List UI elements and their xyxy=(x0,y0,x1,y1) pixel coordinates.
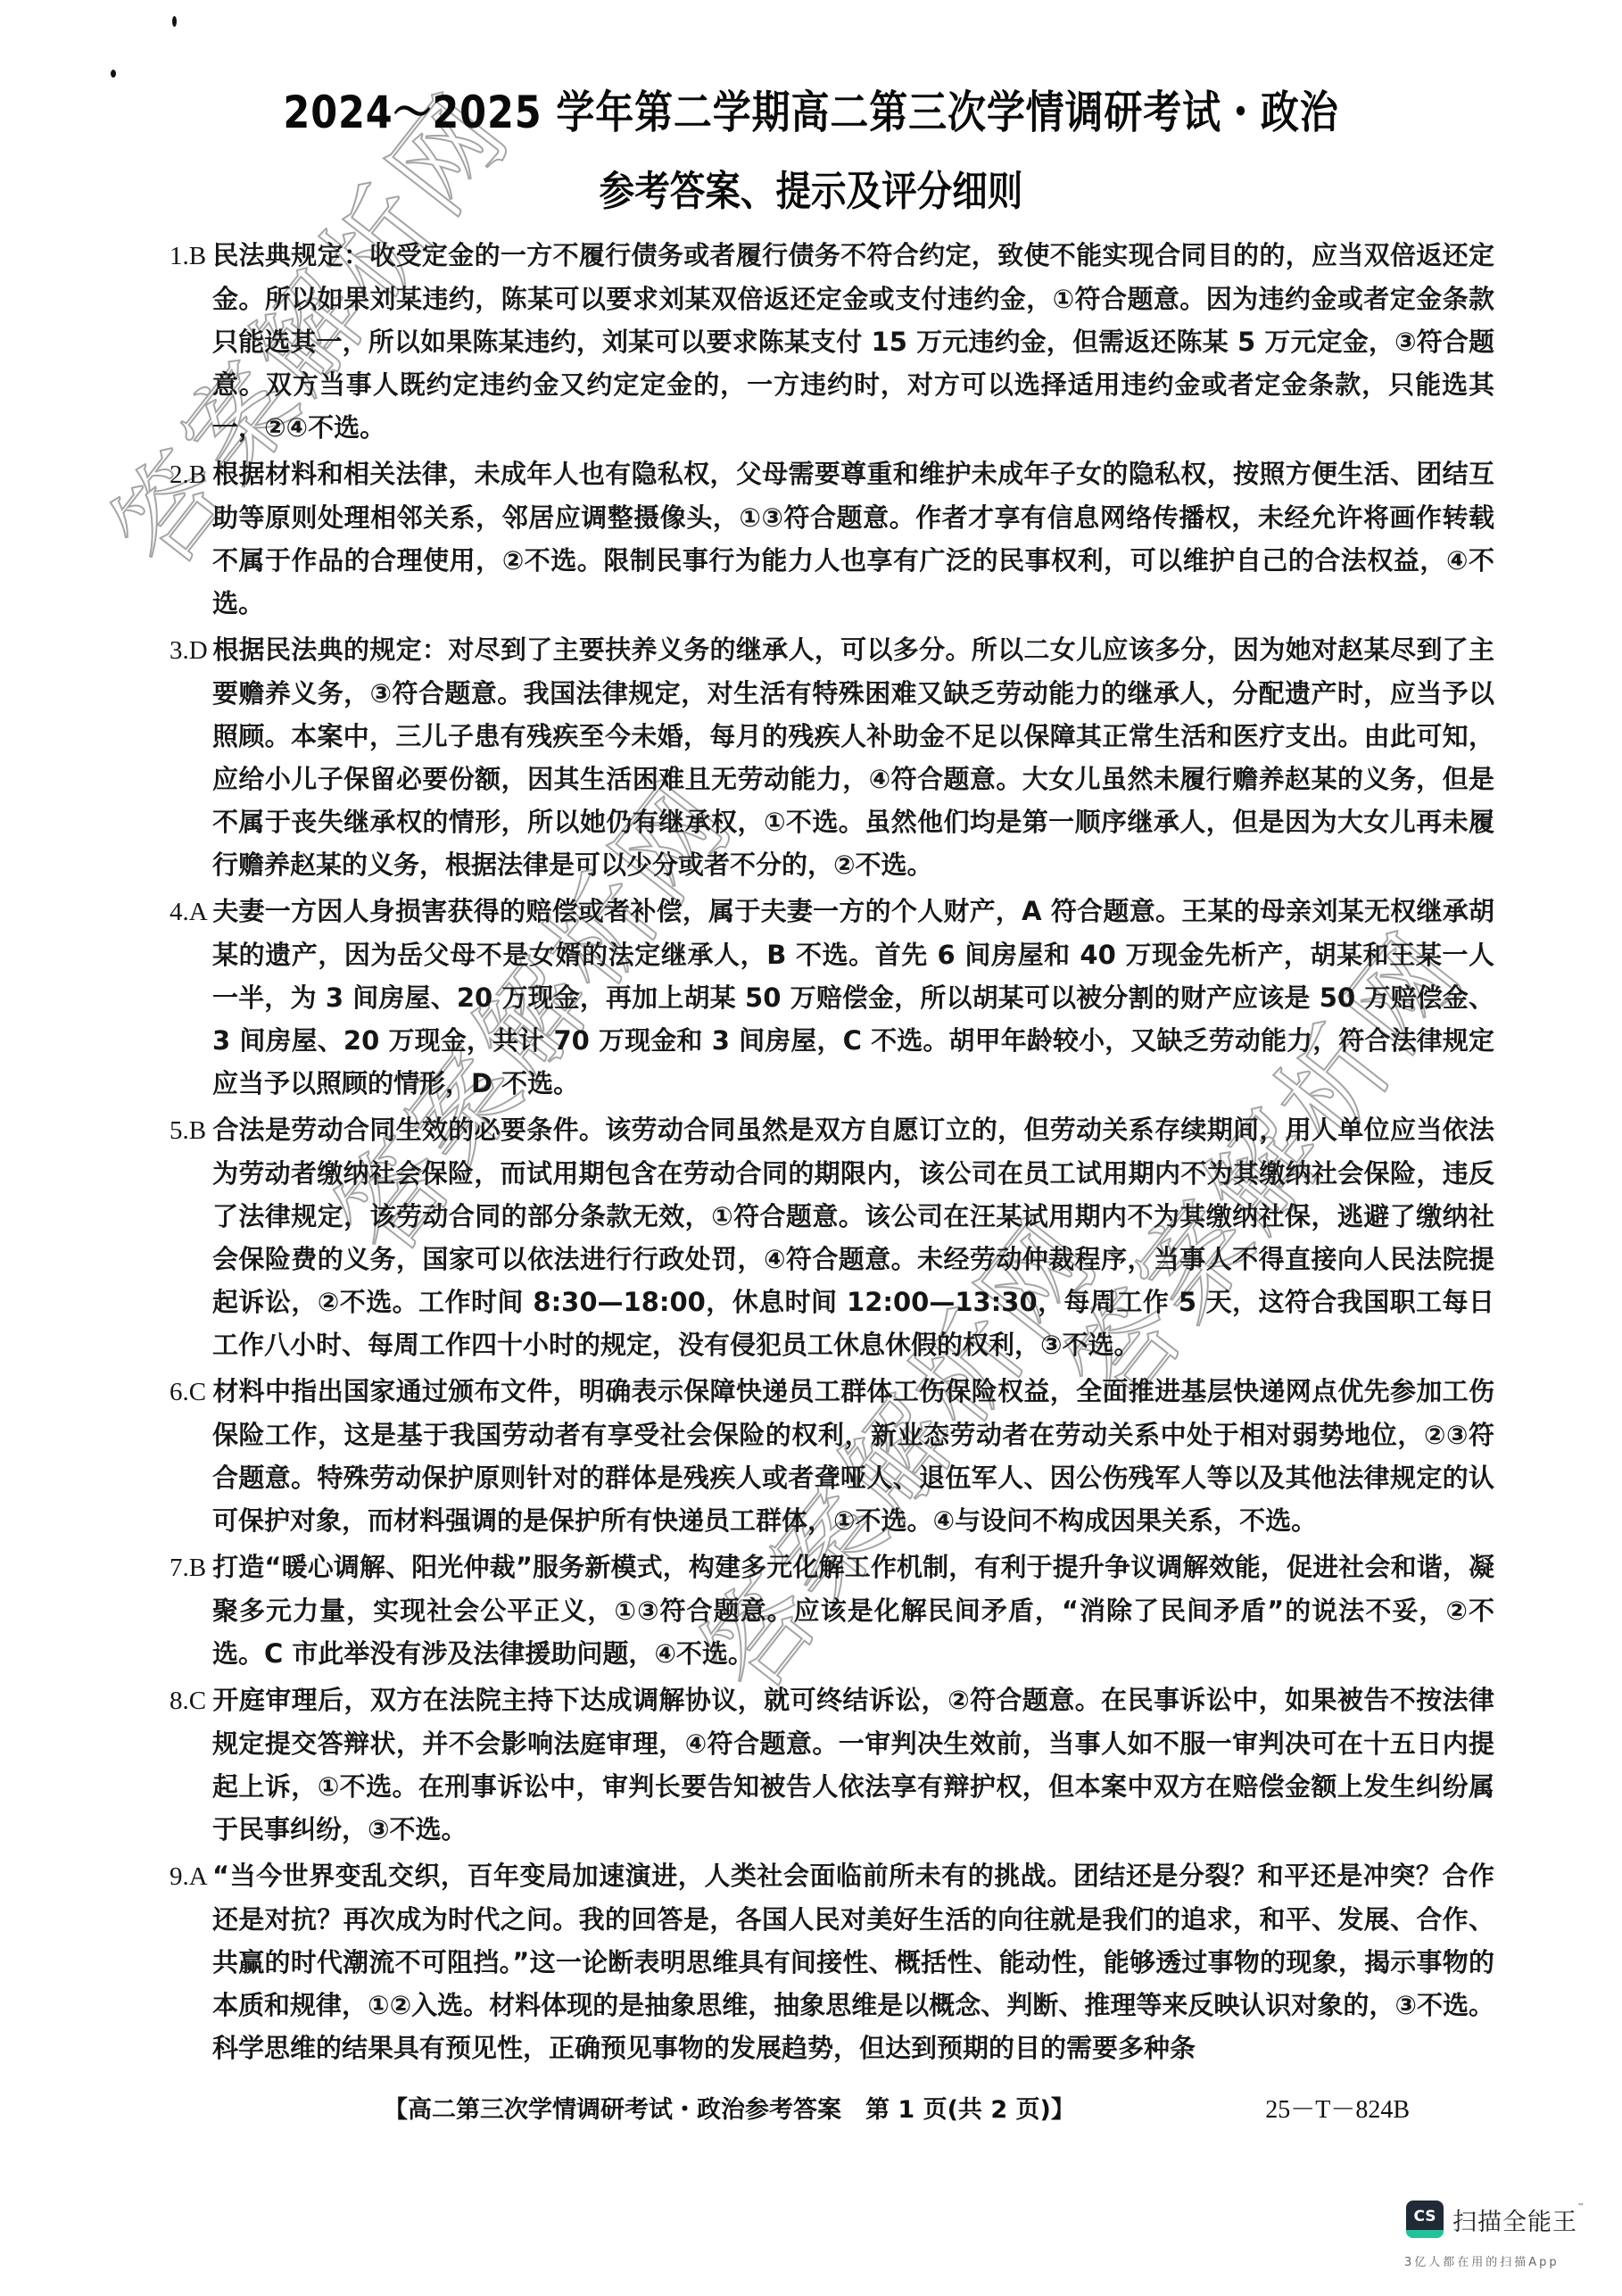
answer-explanation: 打造“暖心调解、阳光仲裁”服务新模式，构建多元化解工作机制，有利于提升争议调解效… xyxy=(212,1552,1494,1669)
footer-doc-code: 25－T－824B xyxy=(1265,2090,1410,2126)
answer-item: 8.C开庭审理后，双方在法院主持下达成调解协议，就可终结诉讼，②符合题意。在民事… xyxy=(170,1678,1494,1851)
answer-choice: A xyxy=(189,1862,208,1891)
answer-explanation: 合法是劳动合同生效的必要条件。该劳动合同虽然是双方自愿订立的，但劳动关系存续期间… xyxy=(212,1115,1494,1360)
camscanner-logo-icon: CS xyxy=(1406,2201,1444,2238)
page-footer: 【高二第三次学情调研考试・政治参考答案 第 1 页(共 2 页)】 25－T－8… xyxy=(384,2090,1410,2126)
question-number: 3.D xyxy=(170,629,187,672)
question-number: 8.C xyxy=(170,1679,187,1722)
answer-explanation: 开庭审理后，双方在法院主持下达成调解协议，就可终结诉讼，②符合题意。在民事诉讼中… xyxy=(212,1685,1494,1844)
footer-page-info: 【高二第三次学情调研考试・政治参考答案 第 1 页(共 2 页)】 xyxy=(384,2090,1075,2126)
answer-item: 6.C材料中指出国家通过颁布文件，明确表示保障快递员工群体工伤保险权益，全面推进… xyxy=(170,1370,1494,1542)
scanner-app-tagline: 3亿人都在用的扫描App xyxy=(1404,2252,1560,2269)
page-title: 2024～2025 学年第二学期高二第三次学情调研考试・政治 xyxy=(113,77,1508,141)
question-number: 9.A xyxy=(170,1855,187,1898)
answer-item: 4.A夫妻一方因人身损害获得的赔偿或者补偿，属于夫妻一方的个人财产，A 符合题意… xyxy=(170,890,1494,1105)
question-number: 2.B xyxy=(170,453,187,496)
question-number: 7.B xyxy=(170,1546,187,1589)
answer-choice: B xyxy=(189,1554,206,1582)
question-number: 6.C xyxy=(170,1371,187,1413)
answer-choice: A xyxy=(189,898,208,926)
answer-explanation: 根据民法典的规定：对尽到了主要扶养义务的继承人，可以多分。所以二女儿应该多分，因… xyxy=(212,634,1494,880)
scan-speck xyxy=(172,16,177,27)
answer-explanation: 材料中指出国家通过颁布文件，明确表示保障快递员工群体工伤保险权益，全面推进基层快… xyxy=(212,1376,1494,1536)
answer-choice: C xyxy=(189,1378,206,1406)
answer-explanation: 民法典规定：收受定金的一方不履行债务或者履行债务不符合约定，致使不能实现合同目的… xyxy=(212,240,1494,443)
answer-choice: C xyxy=(189,1687,206,1715)
answer-item: 5.B合法是劳动合同生效的必要条件。该劳动合同虽然是双方自愿订立的，但劳动关系存… xyxy=(170,1108,1494,1366)
question-number: 5.B xyxy=(170,1109,187,1152)
document-page: 答案解析网 答案解析网 答案解析网 答案解析网 2024～2025 学年第二学期… xyxy=(0,0,1622,2296)
answer-list: 1.B民法典规定：收受定金的一方不履行债务或者履行债务不符合约定，致使不能实现合… xyxy=(170,234,1494,2073)
question-number: 4.A xyxy=(170,891,187,933)
answer-choice: D xyxy=(189,636,208,665)
answer-choice: B xyxy=(189,460,206,489)
answer-choice: B xyxy=(189,242,206,270)
answer-choice: B xyxy=(189,1116,206,1145)
scanner-app-badge: CS 扫描全能王™ xyxy=(1406,2201,1585,2238)
answer-item: 1.B民法典规定：收受定金的一方不履行债务或者履行债务不符合约定，致使不能实现合… xyxy=(170,234,1494,449)
page-subtitle: 参考答案、提示及评分细则 xyxy=(113,159,1508,218)
question-number: 1.B xyxy=(170,235,187,278)
answer-item: 7.B打造“暖心调解、阳光仲裁”服务新模式，构建多元化解工作机制，有利于提升争议… xyxy=(170,1546,1494,1675)
answer-explanation: 夫妻一方因人身损害获得的赔偿或者补偿，属于夫妻一方的个人财产，A 符合题意。王某… xyxy=(212,896,1494,1098)
answer-explanation: 根据材料和相关法律，未成年人也有隐私权，父母需要尊重和维护未成年子女的隐私权，按… xyxy=(212,459,1494,618)
answer-item: 3.D根据民法典的规定：对尽到了主要扶养义务的继承人，可以多分。所以二女儿应该多… xyxy=(170,628,1494,886)
answer-item: 2.B根据材料和相关法律，未成年人也有隐私权，父母需要尊重和维护未成年子女的隐私… xyxy=(170,452,1494,625)
answer-item: 9.A“当今世界变乱交织，百年变局加速演进，人类社会面临前所未有的挑战。团结还是… xyxy=(170,1854,1494,2069)
scanner-app-name: 扫描全能王™ xyxy=(1452,2202,1585,2237)
answer-explanation: “当今世界变乱交织，百年变局加速演进，人类社会面临前所未有的挑战。团结还是分裂？… xyxy=(212,1861,1494,2063)
